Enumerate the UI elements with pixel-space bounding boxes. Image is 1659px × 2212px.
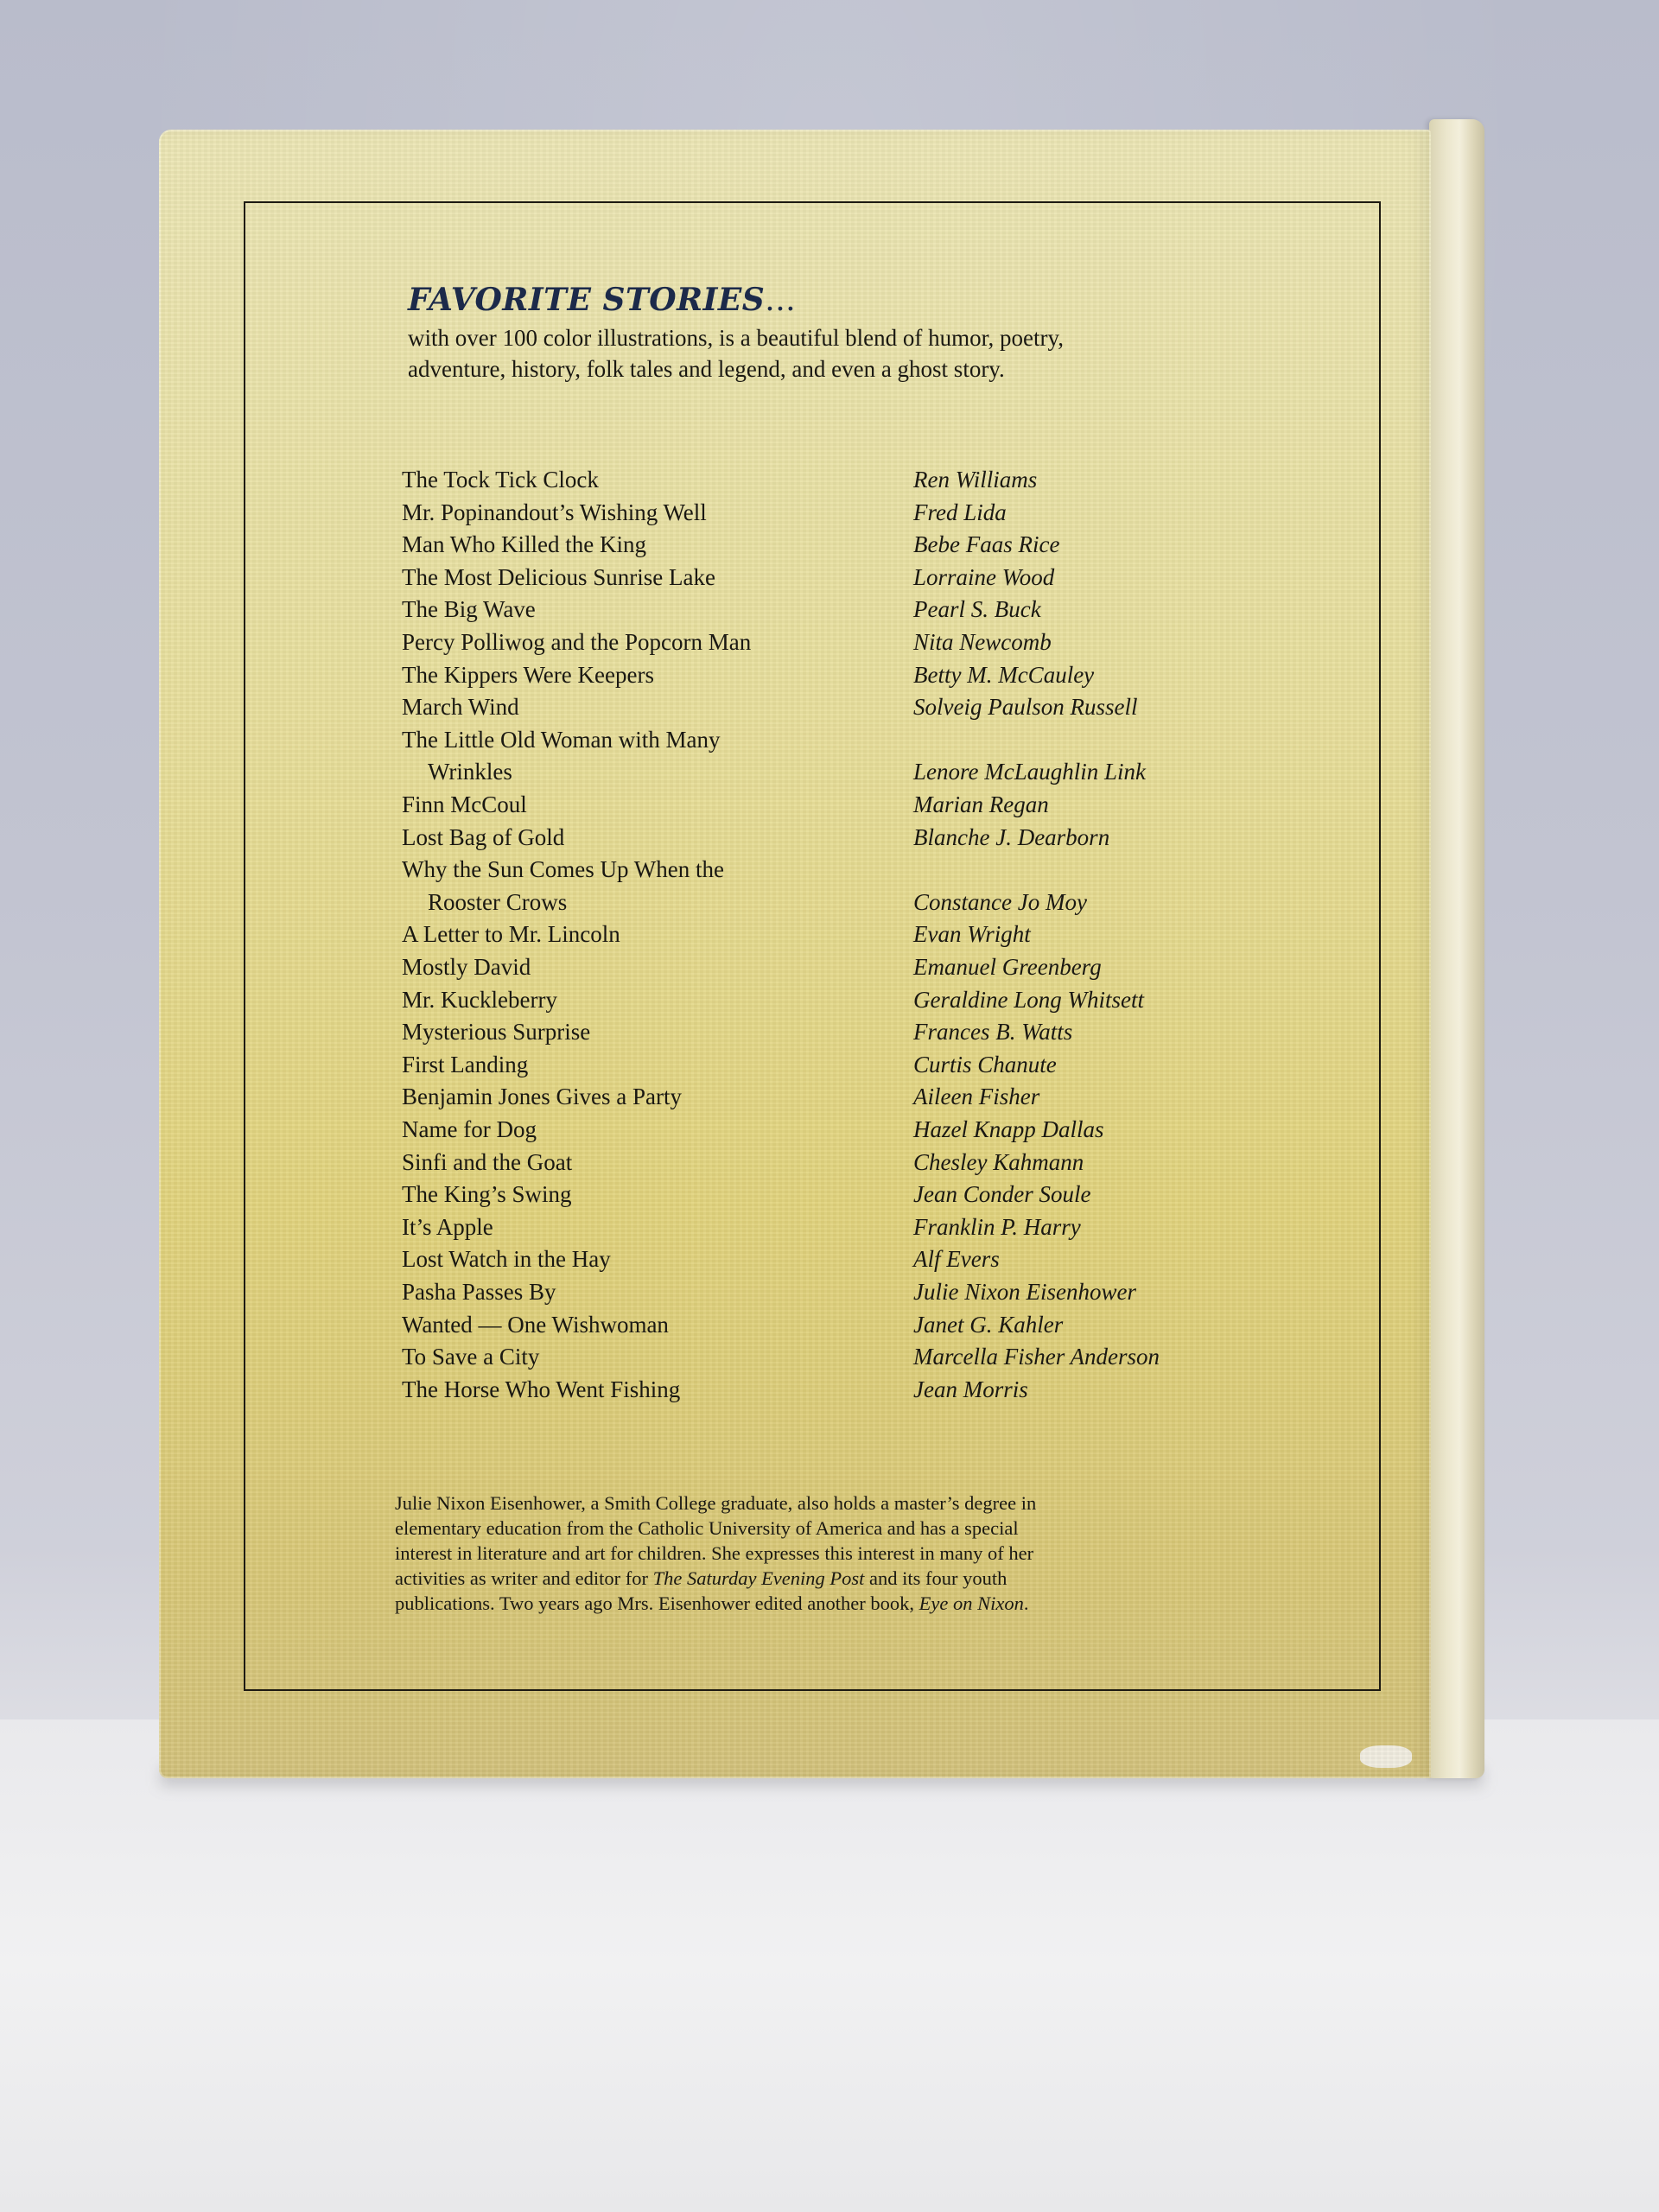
story-author: Julie Nixon Eisenhower [913, 1279, 1136, 1306]
story-title: The Big Wave [402, 596, 536, 623]
story-author: Alf Evers [913, 1246, 1000, 1273]
bio-text: activities as writer and editor for [395, 1567, 653, 1589]
story-title: Mysterious Surprise [402, 1019, 590, 1046]
story-title: A Letter to Mr. Lincoln [402, 921, 620, 948]
story-author: Bebe Faas Rice [913, 531, 1059, 558]
corner-wear [1360, 1745, 1412, 1768]
intro-line: adventure, history, folk tales and legen… [408, 353, 1064, 385]
story-title: Why the Sun Comes Up When the [402, 856, 724, 883]
story-title: The Little Old Woman with Many [402, 727, 721, 753]
story-title: The King’s Swing [402, 1181, 572, 1208]
story-title: Percy Polliwog and the Popcorn Man [402, 629, 751, 656]
bio-text: . [1024, 1592, 1029, 1614]
book-title: Eye on Nixon [919, 1592, 1024, 1614]
story-author: Jean Conder Soule [913, 1181, 1090, 1208]
story-author: Blanche J. Dearborn [913, 824, 1109, 851]
story-author: Chesley Kahmann [913, 1149, 1084, 1176]
story-author: Solveig Paulson Russell [913, 694, 1137, 721]
bio-line: publications. Two years ago Mrs. Eisenho… [395, 1591, 1036, 1616]
story-title: Name for Dog [402, 1116, 537, 1143]
story-title: Sinfi and the Goat [402, 1149, 572, 1176]
story-author: Emanuel Greenberg [913, 954, 1102, 981]
story-author: Pearl S. Buck [913, 596, 1041, 623]
story-title: Man Who Killed the King [402, 531, 646, 558]
story-title: Benjamin Jones Gives a Party [402, 1084, 682, 1110]
story-author: Betty M. McCauley [913, 662, 1094, 689]
story-title: First Landing [402, 1052, 528, 1078]
story-title: To Save a City [402, 1344, 539, 1370]
story-author: Lorraine Wood [913, 564, 1054, 591]
story-author: Marian Regan [913, 791, 1049, 818]
story-author: Aileen Fisher [913, 1084, 1039, 1110]
story-title: March Wind [402, 694, 519, 721]
headline-title: FAVORITE STORIES [408, 282, 765, 318]
story-author: Nita Newcomb [913, 629, 1052, 656]
story-author: Jean Morris [913, 1376, 1028, 1403]
bio-text: and its four youth [864, 1567, 1007, 1589]
headline-ellipsis: ... [765, 283, 796, 318]
story-title: Mr. Kuckleberry [402, 987, 557, 1014]
story-title: The Tock Tick Clock [402, 467, 599, 493]
publication-title: The Saturday Evening Post [653, 1567, 865, 1589]
story-title: Wanted — One Wishwoman [402, 1312, 669, 1338]
bio-text: publications. Two years ago Mrs. Eisenho… [395, 1592, 919, 1614]
story-title-continuation: Rooster Crows [428, 889, 567, 916]
intro-text: with over 100 color illustrations, is a … [408, 322, 1064, 385]
bio-line: interest in literature and art for child… [395, 1541, 1036, 1566]
story-title: Lost Watch in the Hay [402, 1246, 611, 1273]
story-title: Pasha Passes By [402, 1279, 556, 1306]
book-spine [1429, 119, 1484, 1778]
cover-headline: FAVORITE STORIES... [408, 282, 796, 318]
story-author: Janet G. Kahler [913, 1312, 1063, 1338]
story-title-continuation: Wrinkles [428, 759, 512, 785]
author-bio: Julie Nixon Eisenhower, a Smith College … [395, 1491, 1036, 1616]
story-author: Ren Williams [913, 467, 1037, 493]
intro-line: with over 100 color illustrations, is a … [408, 322, 1064, 353]
story-title: Mr. Popinandout’s Wishing Well [402, 499, 707, 526]
story-author: Geraldine Long Whitsett [913, 987, 1144, 1014]
story-title: The Most Delicious Sunrise Lake [402, 564, 715, 591]
bio-line: elementary education from the Catholic U… [395, 1516, 1036, 1541]
story-author: Curtis Chanute [913, 1052, 1057, 1078]
table-surface [0, 1719, 1659, 2212]
story-title: It’s Apple [402, 1214, 493, 1241]
story-title: Finn McCoul [402, 791, 527, 818]
story-author: Fred Lida [913, 499, 1007, 526]
story-author: Evan Wright [913, 921, 1031, 948]
bio-line: Julie Nixon Eisenhower, a Smith College … [395, 1491, 1036, 1516]
story-author: Lenore McLaughlin Link [913, 759, 1146, 785]
story-author: Frances B. Watts [913, 1019, 1072, 1046]
story-title: The Kippers Were Keepers [402, 662, 654, 689]
story-author: Constance Jo Moy [913, 889, 1087, 916]
story-author: Hazel Knapp Dallas [913, 1116, 1104, 1143]
story-title: Lost Bag of Gold [402, 824, 564, 851]
story-author: Franklin P. Harry [913, 1214, 1081, 1241]
story-title: Mostly David [402, 954, 531, 981]
story-title: The Horse Who Went Fishing [402, 1376, 680, 1403]
story-author: Marcella Fisher Anderson [913, 1344, 1160, 1370]
bio-line: activities as writer and editor for The … [395, 1566, 1036, 1591]
